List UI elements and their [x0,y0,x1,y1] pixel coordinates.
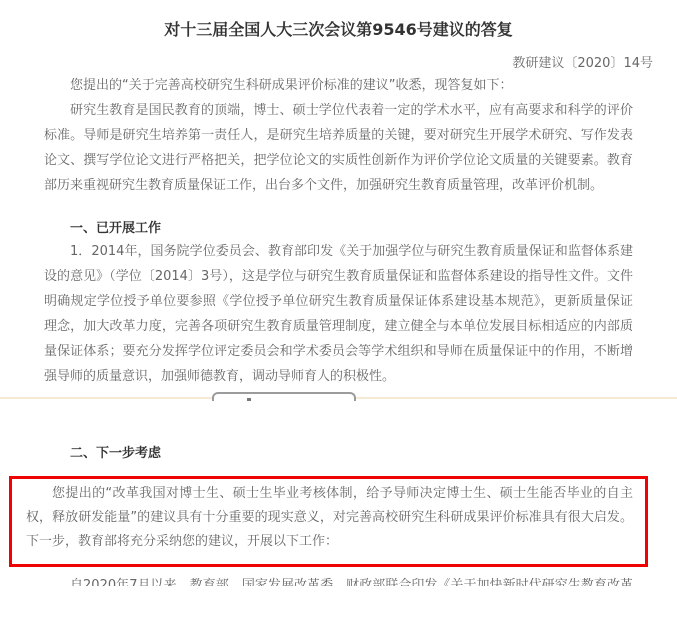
page-seam [44,392,633,402]
section-1-heading: 一、已开展工作 [44,219,633,239]
cut-off-button-glyph [247,398,251,401]
doc-number: 教研建议〔2020〕14号 [0,55,677,73]
clipped-paragraph: 自2020年7月以来，教育部、国家发展改革委、财政部联合印发《关于加快新时代研究… [44,576,633,586]
document-body: 您提出的“关于完善高校研究生科研成果评价标准的建议”收悉，现答复如下： 研究生教… [0,73,677,586]
page-title: 对十三届全国人大三次会议第9546号建议的答复 [0,18,677,42]
overview-paragraph: 研究生教育是国民教育的顶端，博士、硕士学位代表着一定的学术水平，应有高要求和科学… [44,98,633,198]
cut-off-button[interactable] [212,392,356,401]
section-1-paragraph: 1．2014年，国务院学位委员会、教育部印发《关于加强学位与研究生教育质量保证和… [44,239,633,389]
document-page: 对十三届全国人大三次会议第9546号建议的答复 教研建议〔2020〕14号 您提… [0,0,677,586]
intro-paragraph: 您提出的“关于完善高校研究生科研成果评价标准的建议”收悉，现答复如下： [44,73,633,98]
section-2-heading: 二、下一步考虑 [44,444,633,464]
red-highlight-annotation: 您提出的“改革我国对博士生、硕士生毕业考核体制，给予导师决定博士生、硕士生能否毕… [9,476,648,567]
clipped-text-region: 自2020年7月以来，教育部、国家发展改革委、财政部联合印发《关于加快新时代研究… [44,576,633,586]
highlighted-paragraph: 您提出的“改革我国对博士生、硕士生毕业考核体制，给予导师决定博士生、硕士生能否毕… [26,482,633,554]
